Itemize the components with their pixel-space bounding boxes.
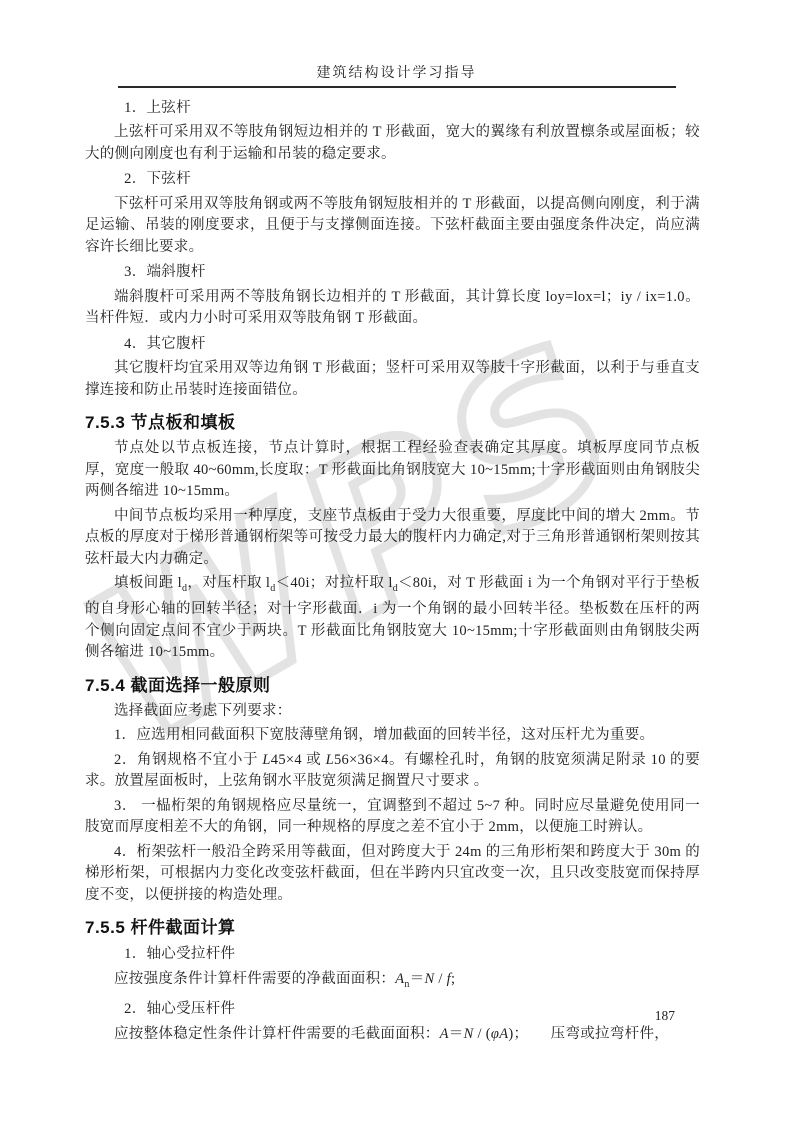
numbered-item: 2．下弦杆 [85,169,700,191]
page-number: 187 [655,1008,675,1024]
document-page: WPS 建筑结构设计学习指导 1．上弦杆上弦杆可采用双不等肢角钢短边相并的 T … [0,0,793,1122]
page-header: 建筑结构设计学习指导 [0,0,793,88]
numbered-item: 3．端斜腹杆 [85,262,700,284]
paragraph: 节点处以节点板连接，节点计算时，根据工程经验查表确定其厚度。填板厚度同节点板厚，… [85,438,700,503]
paragraph: 4．桁架弦杆一般沿全跨采用等截面，但对跨度大于 24m 的三角形桁架和跨度大于 … [85,842,700,907]
numbered-item: 1．轴心受拉杆件 [85,944,700,966]
paragraph: 下弦杆可采用双等肢角钢或两不等肢角钢短肢相并的 T 形截面，以提高侧向刚度，利于… [85,194,700,259]
paragraph: 1．应选用相同截面积下宽肢薄壁角钢，增加截面的回转半径，这对压杆尤为重要。 [85,725,700,747]
section-heading-7-5-5: 7.5.5 杆件截面计算 [85,915,700,940]
paragraph: 端斜腹杆可采用两不等肢角钢长边相并的 T 形截面，其计算长度 loy=lox=l… [85,287,700,330]
formula-line: 应按强度条件计算杆件需要的净截面面积：An＝N / f; [85,969,700,995]
numbered-item: 4．其它腹杆 [85,334,700,356]
section-heading-7-5-3: 7.5.3 节点板和填板 [85,410,700,435]
paragraph: 上弦杆可采用双不等肢角钢短边相并的 T 形截面，宽大的翼缘有利放置檩条或屋面板；… [85,122,700,165]
numbered-item: 2．轴心受压杆件 [85,999,700,1021]
paragraph: 2．角钢规格不宜小于 L45×4 或 L56×36×4。有螺栓孔时，角钢的肢宽须… [85,750,700,793]
numbered-item: 1．上弦杆 [85,98,700,120]
header-rule [118,86,676,88]
formula-line: 应按整体稳定性条件计算杆件需要的毛截面面积：A＝N / (φA)； 压弯或拉弯杆… [85,1024,700,1046]
section-heading-7-5-4: 7.5.4 截面选择一般原则 [85,673,700,698]
paragraph: 填板间距 ld，对压杆取 ld＜40i；对拉杆取 ld＜80i，对 T 形截面 … [85,573,700,664]
document-body: 1．上弦杆上弦杆可采用双不等肢角钢短边相并的 T 形截面，宽大的翼缘有利放置檩条… [85,98,700,1046]
paragraph: 中间节点板均采用一种厚度，支座节点板由于受力大很重要，厚度比中间的增大 2mm。… [85,506,700,571]
paragraph: 3． 一榀桁架的角钢规格应尽量统一，宜调整到不超过 5~7 种。同时应尽量避免使… [85,796,700,839]
paragraph: 其它腹杆均宜采用双等边角钢 T 形截面；竖杆可采用双等肢十字形截面，以利于与垂直… [85,358,700,401]
header-title: 建筑结构设计学习指导 [0,62,793,82]
paragraph: 选择截面应考虑下列要求： [85,701,700,723]
